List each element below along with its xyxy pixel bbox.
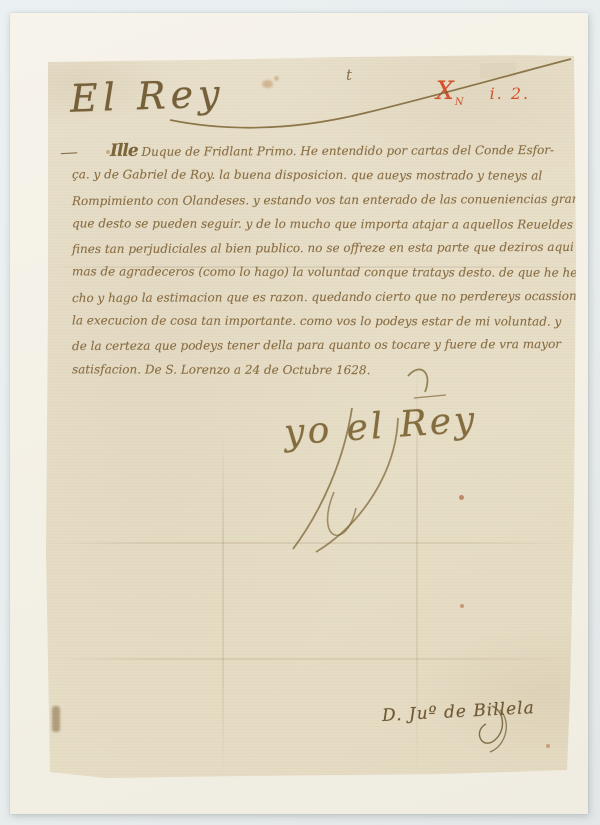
body-line-6: mas de agradeceros (como lo hago) la vol… [72, 260, 568, 286]
stain [546, 744, 550, 748]
archival-mark-subscript: N [455, 97, 464, 108]
body-line-1-text: Duque de Fridlant Primo. He entendido po… [141, 143, 554, 159]
body-line-8: la execucion de cosa tan importante. com… [72, 308, 568, 334]
fold-crease-vertical-left [222, 434, 224, 778]
photo-backdrop: { "letter": { "heading": "El Rey", "head… [0, 0, 600, 825]
heading-cross-mark: t [346, 66, 352, 84]
fold-crease-horizontal-middle [46, 542, 576, 544]
body-line-1: Ille Duque de Fridlant Primo. He entendi… [72, 137, 568, 164]
body-line-4: que desto se pueden seguir. y de lo much… [72, 211, 568, 237]
body-line-7: cho y hago la estimacion que es razon. q… [72, 284, 568, 310]
stain [459, 495, 464, 500]
body-line-9: de la certeza que podeys tener della par… [72, 332, 568, 358]
opening-monogram: Ille [110, 141, 138, 161]
body-line-5: fines tan perjudiciales al bien publico.… [72, 235, 568, 261]
archival-mark-x: X [436, 76, 454, 105]
stain [262, 80, 273, 88]
stain-edge-smudge [52, 706, 60, 732]
body-line-2: ça. y de Gabriel de Roy. la buena dispos… [72, 163, 568, 189]
archival-mark-number: i. 2. [490, 84, 531, 103]
secretary-signature: D. Juº de Billela [382, 698, 536, 726]
stain [460, 604, 464, 608]
body-line-3: Rompimiento con Olandeses. y estando vos… [72, 187, 568, 213]
letter-heading: El Rey [69, 71, 225, 120]
letter-body: Ille Duque de Fridlant Primo. He entendi… [72, 138, 568, 382]
stain [274, 76, 279, 81]
archival-mark: XNi. 2. [436, 76, 530, 108]
body-line-10-dateline: satisfacion. De S. Lorenzo a 24 de Octub… [72, 357, 568, 383]
manuscript-paper: El Rey t XNi. 2. — Ille Duque de Fridlan… [46, 54, 576, 778]
fold-crease-horizontal-lower [46, 658, 576, 660]
royal-signature: yo el Rey [283, 399, 479, 453]
mount-sheet: El Rey t XNi. 2. — Ille Duque de Fridlan… [10, 13, 588, 814]
